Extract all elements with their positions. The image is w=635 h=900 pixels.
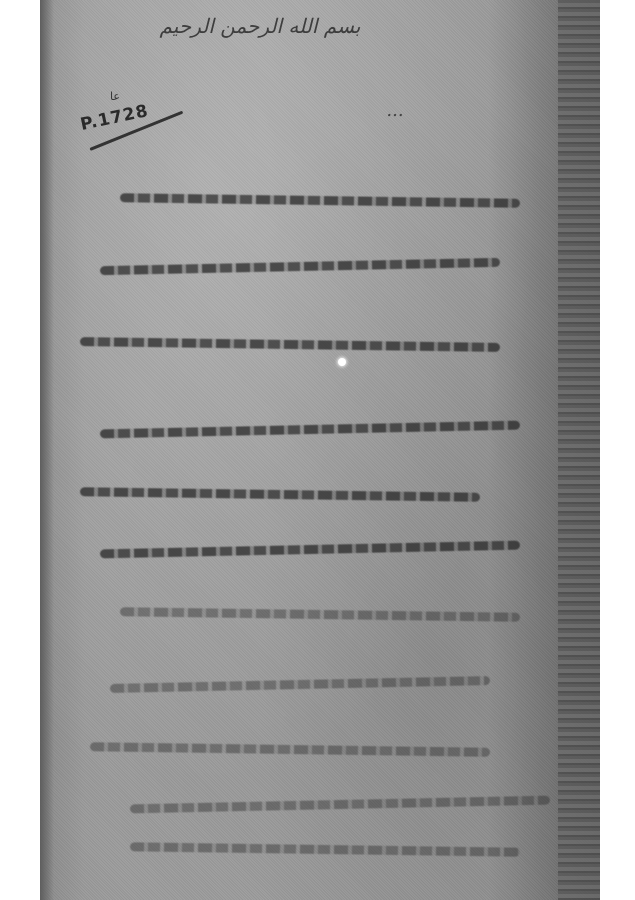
handwritten-line: [130, 796, 550, 814]
basmala-heading: بسم الله الرحمن الرحیم: [120, 14, 400, 54]
white-dot-mark: [338, 358, 346, 366]
handwritten-line: [100, 421, 520, 439]
handwritten-line: [130, 842, 520, 856]
handwritten-line: [80, 487, 480, 502]
handwritten-line: [100, 541, 520, 559]
handwritten-line: [80, 337, 500, 352]
book-spine-edge: [558, 0, 600, 900]
page-left-edge-shadow: [40, 0, 54, 900]
handwritten-line: [120, 607, 520, 622]
handwritten-line: [90, 742, 490, 757]
handwritten-line: [100, 258, 500, 275]
manuscript-subheading: ...: [310, 100, 480, 130]
handwritten-line: [120, 193, 520, 208]
handwritten-line: [110, 676, 490, 693]
manuscript-scan: بسم الله الرحمن الرحیم ... عا P.1728: [40, 0, 600, 900]
margin-mark: عا: [110, 90, 120, 103]
